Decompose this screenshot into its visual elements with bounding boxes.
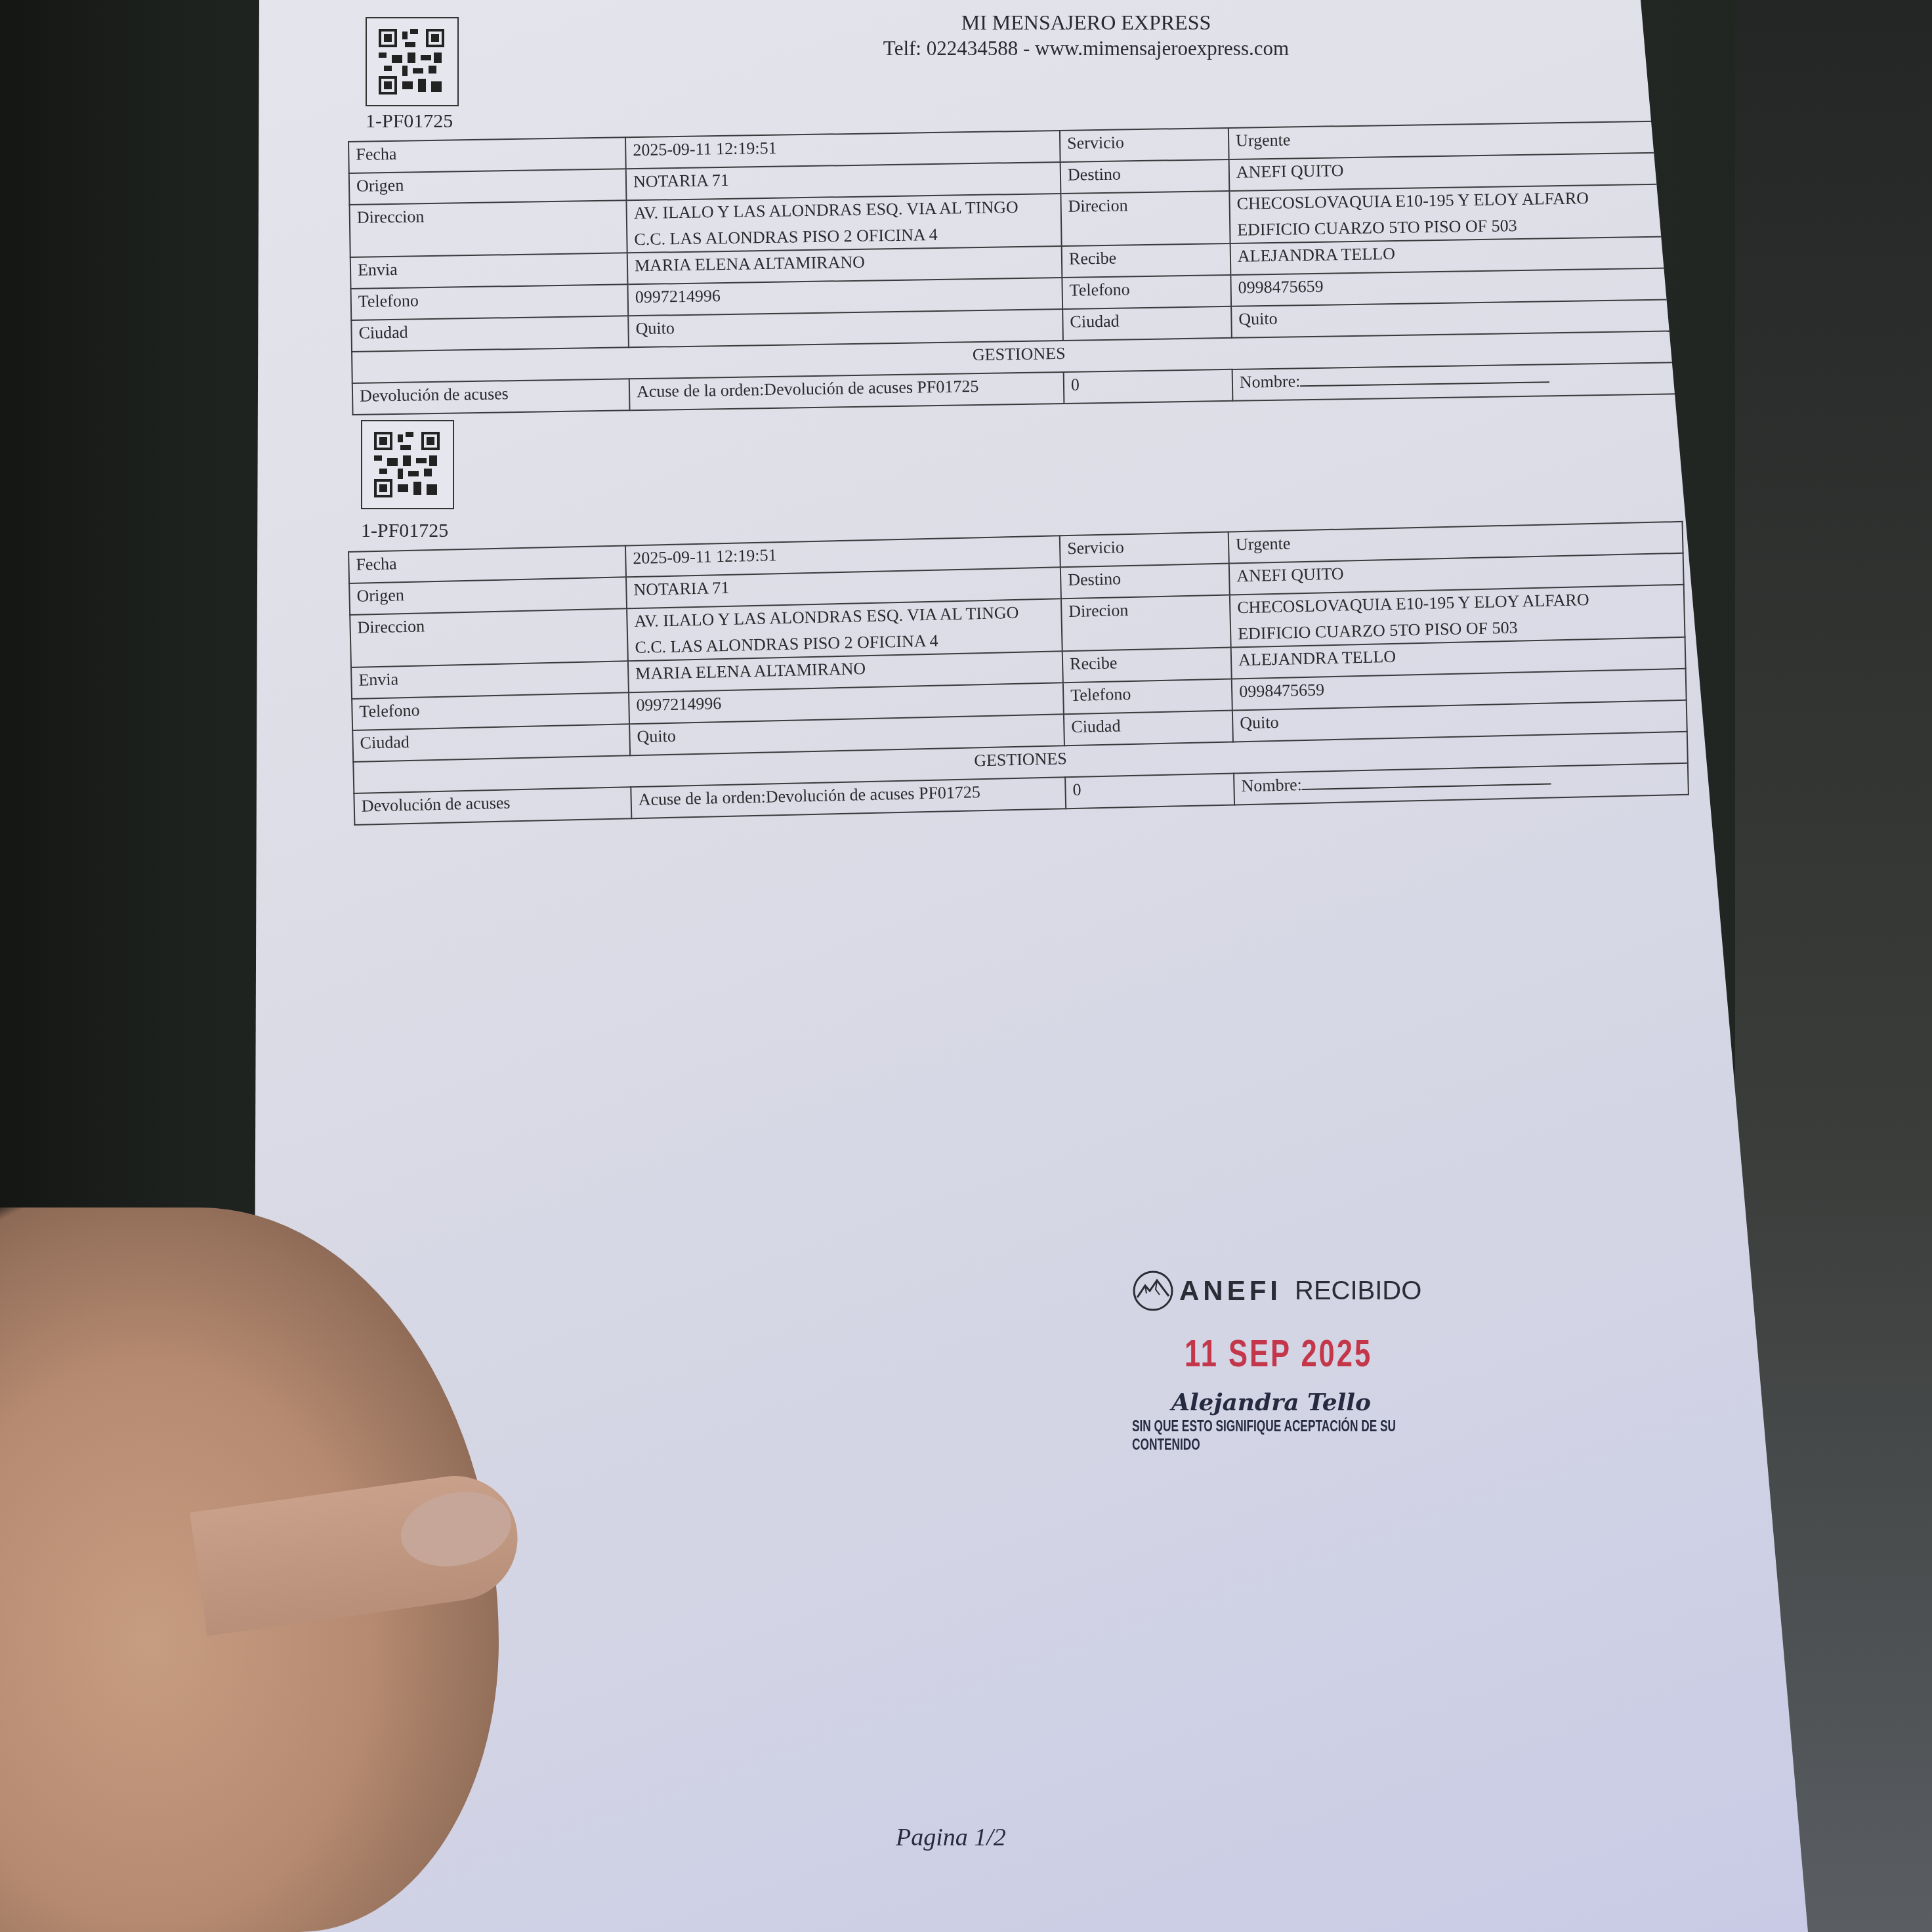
value-direccion: AV. ILALO Y LAS ALONDRAS ESQ. VIA AL TIN… (627, 598, 1062, 661)
qr-code-icon (374, 432, 440, 497)
guide-table: Fecha 2025-09-11 12:19:51 Servicio Urgen… (348, 120, 1687, 415)
label-recibe: Recibe (1062, 648, 1232, 683)
guide-code: 1-PF01725 (366, 110, 453, 133)
gestion-nombre-cell: Nombre: (1232, 362, 1687, 401)
direcion-line-2: EDIFICIO CUARZO 5TO PISO OF 503 (1237, 213, 1677, 240)
label-ciudad-destino: Ciudad (1064, 710, 1233, 745)
gestion-cantidad: 0 (1064, 369, 1233, 404)
stamp-date: 11 SEP 2025 (1185, 1332, 1401, 1375)
label-direccion: Direccion (350, 200, 627, 257)
stamp-status: RECIBIDO (1295, 1276, 1421, 1306)
gestion-cantidad: 0 (1065, 773, 1234, 808)
qr-code-icon (361, 420, 454, 509)
label-servicio: Servicio (1060, 128, 1229, 162)
reception-stamp: ANEFI RECIBIDO 11 SEP 2025 Alejandra Tel… (1132, 1270, 1473, 1454)
direcion-line-1: CHECOSLOVAQUIA E10-195 Y ELOY ALFARO (1236, 187, 1676, 214)
stamp-disclaimer: SIN QUE ESTO SIGNIFIQUE ACEPTACIÓN DE SU… (1132, 1417, 1454, 1454)
label-fecha: Fecha (348, 137, 626, 173)
label-telefono-recibe: Telefono (1062, 275, 1231, 309)
gestion-tipo: Devolución de acuses (354, 787, 631, 825)
company-contact: Telf: 022434588 - www.mimensajeroexpress… (758, 37, 1414, 60)
label-envia: Envia (350, 253, 628, 289)
gestion-detalle-cell: Acuse de la orden:Devolución de acuses P… (629, 372, 1064, 410)
direccion-line-1: AV. ILALO Y LAS ALONDRAS ESQ. VIA AL TIN… (634, 197, 1054, 223)
direccion-line-1: AV. ILALO Y LAS ALONDRAS ESQ. VIA AL TIN… (634, 602, 1055, 632)
label-telefono-envia: Telefono (351, 284, 629, 320)
direccion-line-2: C.C. LAS ALONDRAS PISO 2 OFICINA 4 (634, 223, 1054, 249)
nombre-signature-line (1300, 381, 1549, 387)
stamp-header: ANEFI RECIBIDO (1132, 1270, 1473, 1312)
label-telefono-recibe: Telefono (1063, 679, 1232, 714)
label-ciudad-destino: Ciudad (1062, 306, 1232, 341)
guide-table: Fecha 2025-09-11 12:19:51 Servicio Urgen… (348, 521, 1689, 826)
mountain-logo-icon (1132, 1270, 1174, 1312)
label-recibe: Recibe (1062, 243, 1231, 278)
label-direcion: Direcion (1061, 595, 1231, 652)
value-direcion: CHECOSLOVAQUIA E10-195 Y ELOY ALFARO EDI… (1230, 585, 1685, 648)
stamp-receiver: Alejandra Tello (1171, 1389, 1473, 1416)
label-ciudad-origen: Ciudad (351, 316, 629, 352)
nombre-label: Nombre: (1240, 371, 1301, 391)
nombre-label: Nombre: (1241, 775, 1302, 795)
qr-code-icon (366, 17, 459, 106)
gestion-tipo: Devolución de acuses (352, 379, 630, 415)
qr-code-icon (379, 29, 444, 94)
value-direcion: CHECOSLOVAQUIA E10-195 Y ELOY ALFARO EDI… (1229, 184, 1684, 243)
nombre-signature-line (1302, 783, 1551, 790)
label-destino: Destino (1060, 159, 1230, 194)
label-servicio: Servicio (1060, 532, 1229, 568)
label-direcion: Direcion (1060, 191, 1230, 246)
stamp-brand: ANEFI (1179, 1275, 1282, 1307)
value-direccion: AV. ILALO Y LAS ALONDRAS ESQ. VIA AL TIN… (626, 194, 1061, 253)
label-origen: Origen (349, 169, 627, 205)
company-name: MI MENSAJERO EXPRESS (824, 10, 1349, 35)
gestion-detalle: Acuse de la orden:Devolución de acuses P… (638, 782, 980, 809)
label-direccion: Direccion (350, 608, 628, 667)
gestion-detalle: Acuse de la orden:Devolución de acuses P… (637, 377, 979, 401)
label-destino: Destino (1060, 564, 1230, 599)
guide-code: 1-PF01725 (361, 520, 448, 542)
page-number: Pagina 1/2 (896, 1823, 1006, 1852)
